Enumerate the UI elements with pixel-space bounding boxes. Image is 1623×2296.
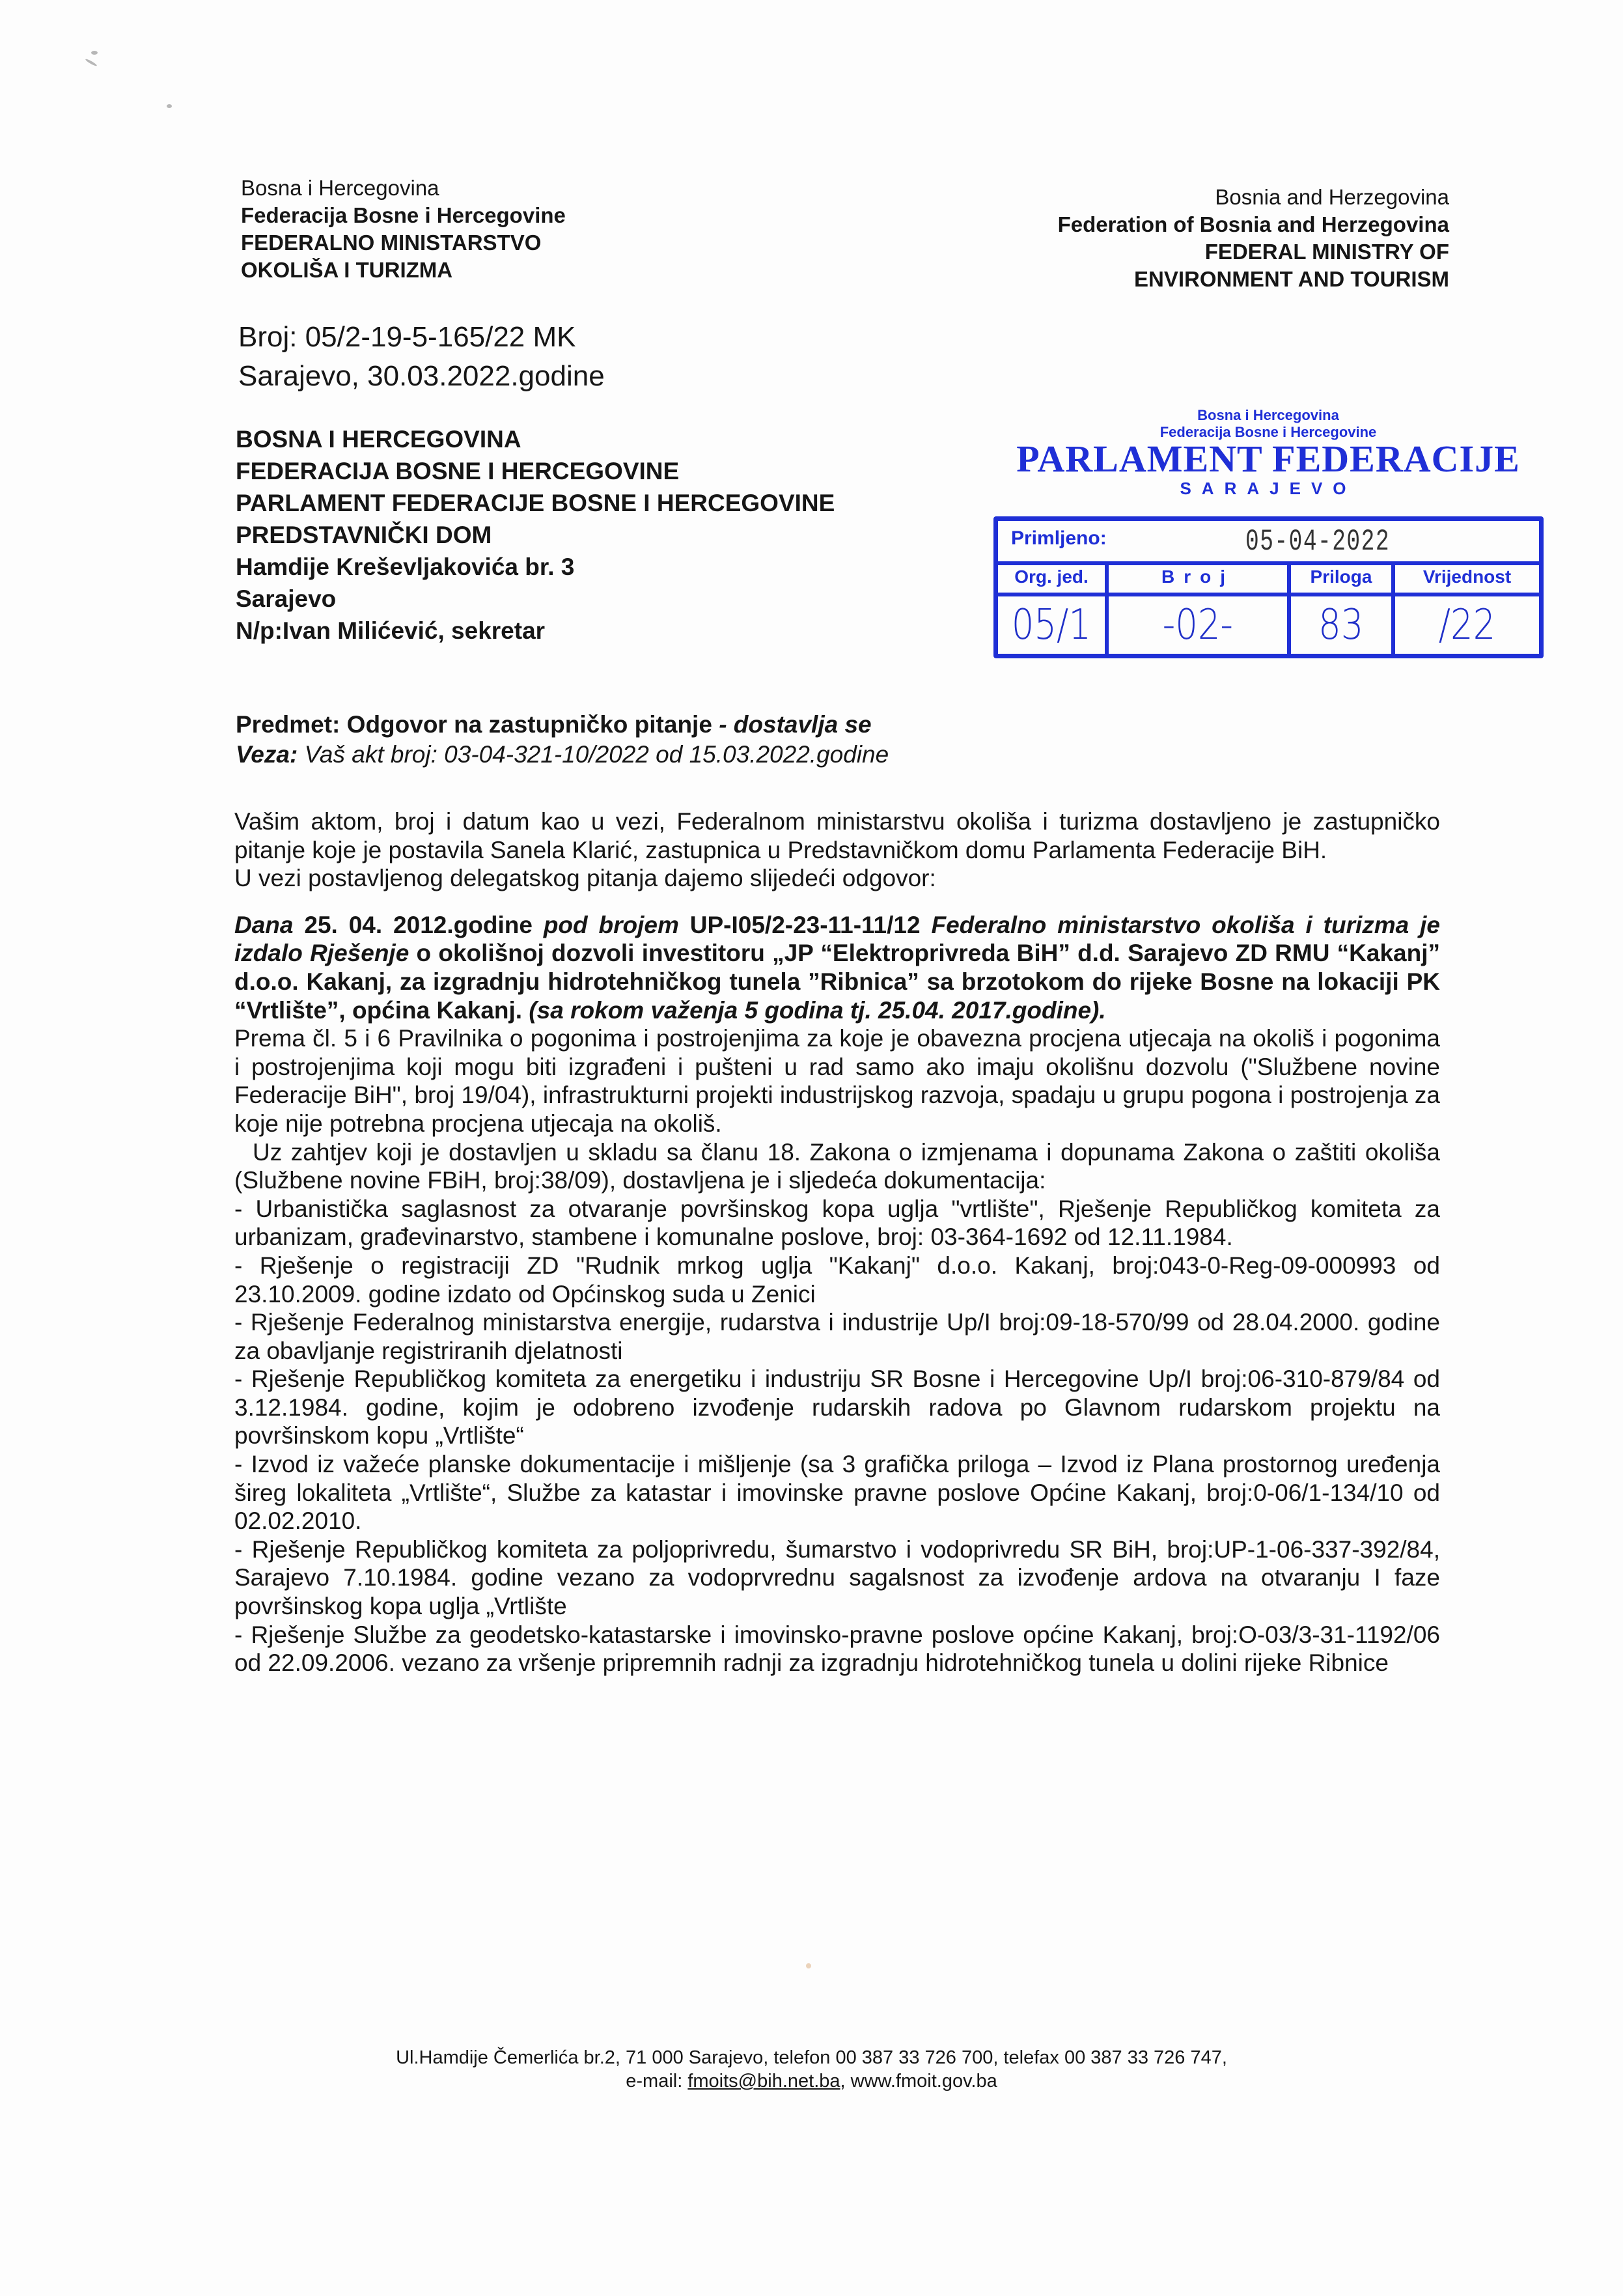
documentation-intro: Uz zahtjev koji je dostavljen u skladu s… bbox=[234, 1138, 1440, 1195]
recipient-line: PARLAMENT FEDERACIJE BOSNE I HERCEGOVINE bbox=[236, 487, 835, 519]
scan-speck bbox=[806, 1963, 811, 1968]
footer: Ul.Hamdije Čemerlića br.2, 71 000 Saraje… bbox=[0, 2046, 1623, 2093]
sender-header-bs: Bosna i Hercegovina Federacija Bosne i H… bbox=[241, 175, 566, 284]
sender-ministry-en-line1: FEDERAL MINISTRY OF bbox=[1058, 238, 1449, 266]
recipient-line: FEDERACIJA BOSNE I HERCEGOVINE bbox=[236, 455, 835, 487]
recipient-line: Sarajevo bbox=[236, 583, 835, 615]
subject-suffix: - dostavlja se bbox=[719, 711, 871, 738]
regulation-paragraph: Prema čl. 5 i 6 Pravilnika o pogonima i … bbox=[234, 1024, 1440, 1138]
stamp-val-number: -02- bbox=[1163, 601, 1233, 649]
footer-email-label: e-mail: bbox=[626, 2071, 687, 2092]
permit-paragraph: Dana 25. 04. 2012.godine pod brojem UP-I… bbox=[234, 911, 1440, 1024]
document-item: - Izvod iz važeće planske dokumentacije … bbox=[234, 1450, 1440, 1535]
permit-text-part: Dana bbox=[234, 912, 293, 938]
stamp-val-org: 05/1 bbox=[1012, 601, 1091, 649]
document-item: - Rješenje Federalnog ministarstva energ… bbox=[234, 1308, 1440, 1365]
stamp-val-attachments: 83 bbox=[1318, 601, 1363, 649]
subject-block: Predmet: Odgovor na zastupničko pitanje … bbox=[236, 710, 889, 770]
permit-number: UP-I05/2-23-11-11/12 bbox=[679, 912, 932, 938]
link-line: Veza: Vaš akt broj: 03-04-321-10/2022 od… bbox=[236, 740, 889, 770]
reference-block: Broj: 05/2-19-5-165/22 MK Sarajevo, 30.0… bbox=[238, 318, 605, 396]
stamp-col-org: Org. jed. bbox=[1014, 567, 1089, 587]
footer-address: Ul.Hamdije Čemerlića br.2, 71 000 Saraje… bbox=[0, 2046, 1623, 2069]
sender-country: Bosna i Hercegovina bbox=[241, 175, 566, 202]
subject-label: Predmet: bbox=[236, 711, 340, 738]
intro-paragraph: Vašim aktom, broj i datum kao u vezi, Fe… bbox=[234, 807, 1440, 864]
stamp-col-value: Vrijednost bbox=[1423, 567, 1511, 587]
subject-text: Odgovor na zastupničko pitanje bbox=[347, 711, 712, 738]
stamp-register-box: Primljeno: 05-04-2022 Org. jed. Broj Pri… bbox=[993, 516, 1544, 658]
recipient-line: Hamdije Kreševljakovića br. 3 bbox=[236, 551, 835, 583]
scan-speck bbox=[85, 58, 97, 66]
footer-website[interactable]: , www.fmoit.gov.ba bbox=[840, 2071, 997, 2092]
intro-answer-line: U vezi postavljenog delegatskog pitanja … bbox=[234, 864, 1440, 893]
stamp-val-value: /22 bbox=[1439, 601, 1496, 649]
stamp-parliament: PARLAMENT FEDERACIJE bbox=[988, 441, 1548, 477]
sender-country-en: Bosnia and Herzegovina bbox=[1058, 184, 1449, 211]
recipient-line: PREDSTAVNIČKI DOM bbox=[236, 519, 835, 551]
received-stamp: Bosna i Hercegovina Federacija Bosne i H… bbox=[988, 407, 1548, 499]
document-item: - Rješenje Republičkog komiteta za poljo… bbox=[234, 1535, 1440, 1621]
scan-speck bbox=[91, 51, 98, 55]
link-label: Veza: bbox=[236, 741, 298, 768]
permit-text-part: pod brojem bbox=[544, 912, 679, 938]
footer-email-link[interactable]: fmoits@bih.net.ba bbox=[687, 2071, 840, 2092]
stamp-received-row: Primljeno: 05-04-2022 bbox=[998, 521, 1539, 565]
subject-line: Predmet: Odgovor na zastupničko pitanje … bbox=[236, 710, 889, 740]
sender-federation: Federacija Bosne i Hercegovine bbox=[241, 202, 566, 229]
recipient-line: BOSNA I HERCEGOVINA bbox=[236, 423, 835, 455]
recipient-block: BOSNA I HERCEGOVINA FEDERACIJA BOSNE I H… bbox=[236, 423, 835, 647]
document-item: - Rješenje o registraciji ZD "Rudnik mrk… bbox=[234, 1252, 1440, 1308]
sender-ministry-en-line2: ENVIRONMENT AND TOURISM bbox=[1058, 266, 1449, 293]
sender-ministry-line2: OKOLIŠA I TURIZMA bbox=[241, 257, 566, 284]
stamp-city: SARAJEVO bbox=[988, 477, 1548, 499]
stamp-country: Bosna i Hercegovina bbox=[988, 407, 1548, 424]
permit-date: 25. 04. 2012.godine bbox=[293, 912, 543, 938]
sender-ministry-line1: FEDERALNO MINISTARSTVO bbox=[241, 229, 566, 257]
sender-federation-en: Federation of Bosnia and Herzegovina bbox=[1058, 211, 1449, 238]
stamp-col-number: Broj bbox=[1161, 567, 1234, 587]
reference-date: Sarajevo, 30.03.2022.godine bbox=[238, 357, 605, 396]
scan-speck bbox=[167, 104, 172, 108]
stamp-received-date: 05-04-2022 bbox=[1245, 525, 1390, 559]
document-item: - Urbanistička saglasnost za otvaranje p… bbox=[234, 1195, 1440, 1252]
stamp-header-row: Org. jed. Broj Priloga Vrijednost bbox=[998, 561, 1539, 596]
sender-header-en: Bosnia and Herzegovina Federation of Bos… bbox=[1058, 184, 1449, 293]
footer-contact: e-mail: fmoits@bih.net.ba, www.fmoit.gov… bbox=[0, 2069, 1623, 2093]
document-item: - Rješenje Republičkog komiteta za energ… bbox=[234, 1365, 1440, 1450]
link-text: Vaš akt broj: 03-04-321-10/2022 od 15.03… bbox=[305, 741, 889, 768]
stamp-value-row: 05/1 -02- 83 /22 bbox=[998, 596, 1539, 654]
recipient-line: N/p:Ivan Milićević, sekretar bbox=[236, 615, 835, 647]
permit-validity: (sa rokom važenja 5 godina tj. 25.04. 20… bbox=[529, 997, 1105, 1024]
document-item: - Rješenje Službe za geodetsko-katastars… bbox=[234, 1621, 1440, 1677]
stamp-received-label: Primljeno: bbox=[1011, 527, 1107, 550]
stamp-col-attachments: Priloga bbox=[1311, 567, 1372, 587]
letter-body: Vašim aktom, broj i datum kao u vezi, Fe… bbox=[234, 807, 1440, 1677]
reference-number: Broj: 05/2-19-5-165/22 MK bbox=[238, 318, 605, 357]
